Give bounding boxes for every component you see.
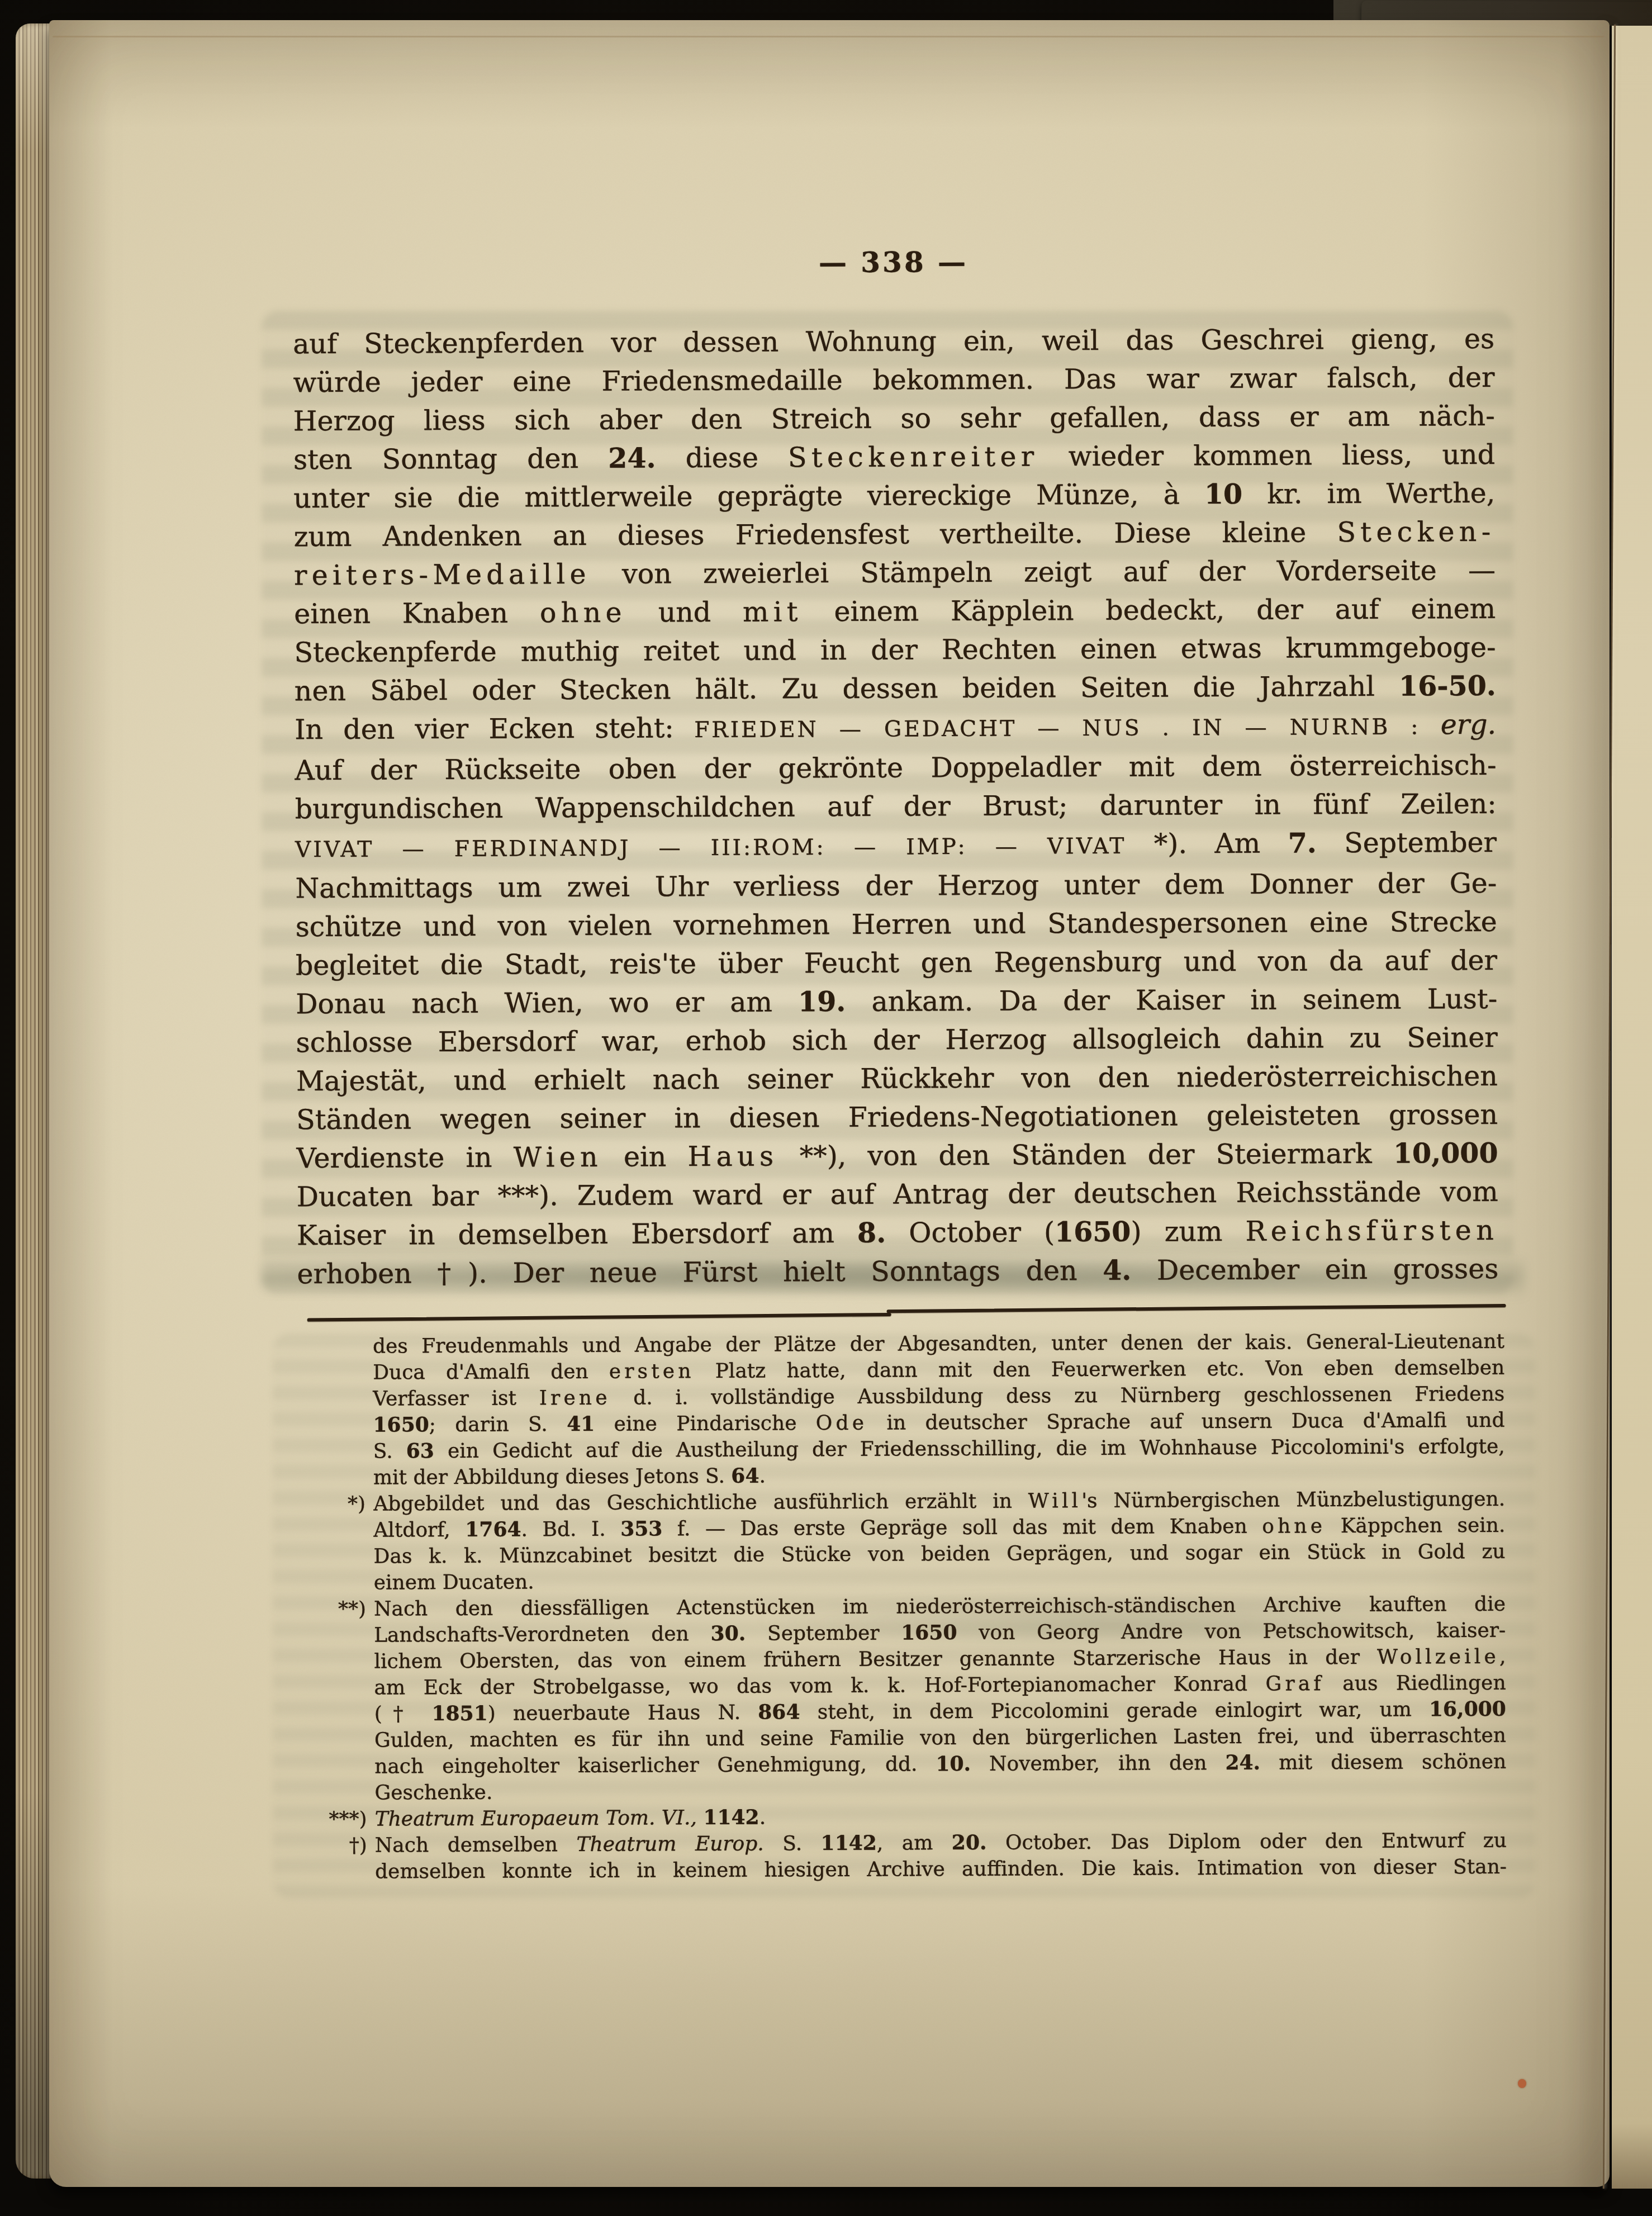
body-text-line: Ständen wegen seiner in diesen Friedens-… bbox=[296, 1095, 1498, 1139]
footnote-marker bbox=[286, 1386, 373, 1413]
footnote-marker bbox=[288, 1701, 374, 1728]
body-text-line: schütze und von vielen vornehmen Herren … bbox=[295, 903, 1497, 946]
footnotes: des Freudenmahls und Angabe der Plätze d… bbox=[286, 1328, 1507, 1886]
book-photo-background: — 338 — auf Steckenpferden vor dessen Wo… bbox=[0, 0, 1652, 2216]
footnote-marker bbox=[287, 1439, 373, 1465]
paper-speck bbox=[1518, 2079, 1526, 2088]
body-text-line: Nachmittags um zwei Uhr verliess der Her… bbox=[295, 864, 1497, 908]
footnote-marker bbox=[286, 1334, 373, 1360]
footnote-marker: †) bbox=[288, 1833, 375, 1859]
footnote-divider-right bbox=[887, 1304, 1506, 1313]
footnote-marker: **) bbox=[287, 1596, 374, 1623]
body-text-line: nen Säbel oder Stecken hält. Zu dessen b… bbox=[295, 667, 1496, 710]
body-text-line: einen Knaben ohne und mit einem Käpplein… bbox=[294, 590, 1496, 633]
footnote-marker bbox=[286, 1412, 373, 1439]
next-page-edge bbox=[1612, 26, 1652, 2189]
footnote-line: demselben konnte ich in keinem hiesigen … bbox=[288, 1854, 1507, 1886]
body-text-line: unter sie die mittlerweile geprägte vier… bbox=[293, 474, 1495, 518]
body-text-line: Kaiser in demselben Ebersdorf am 8. Octo… bbox=[297, 1211, 1498, 1255]
footnote-marker bbox=[288, 1754, 374, 1781]
page-content: — 338 — auf Steckenpferden vor dessen Wo… bbox=[45, 17, 1615, 2190]
body-text-line: Herzog liess sich aber den Streich so se… bbox=[293, 397, 1495, 440]
body-text-line: würde jeder eine Friedensmedaille bekomm… bbox=[293, 358, 1494, 402]
body-text-line: Auf der Rückseite oben der gekrönte Dopp… bbox=[295, 746, 1496, 790]
footnote-marker bbox=[287, 1517, 373, 1544]
body-text-line: sten Sonntag den 24. diese Steckenreiter… bbox=[293, 435, 1495, 479]
footnote-marker bbox=[287, 1465, 373, 1492]
book-page: — 338 — auf Steckenpferden vor dessen Wo… bbox=[49, 20, 1610, 2187]
body-text-line: In den vier Ecken steht: FRIEDEN — GEDAC… bbox=[295, 705, 1496, 751]
page-number: — 338 — bbox=[292, 243, 1494, 281]
body-text-line: Majestät, und erhielt nach seiner Rückke… bbox=[296, 1057, 1498, 1100]
body-text-line: auf Steckenpferden vor dessen Wohnung ei… bbox=[293, 320, 1494, 363]
footnote-marker bbox=[287, 1570, 374, 1597]
footnote-marker bbox=[287, 1675, 374, 1702]
footnote-marker bbox=[287, 1622, 374, 1649]
footnote-divider-left bbox=[307, 1313, 891, 1322]
footnote-text: demselben konnte ich in keinem hiesigen … bbox=[375, 1854, 1507, 1885]
footnote-marker bbox=[288, 1728, 374, 1754]
body-text: auf Steckenpferden vor dessen Wohnung ei… bbox=[293, 320, 1499, 1293]
footnote-marker bbox=[288, 1780, 374, 1807]
body-text-line: erhoben †). Der neue Fürst hielt Sonntag… bbox=[297, 1250, 1498, 1293]
body-text-line: schlosse Ebersdorf war, erhob sich der H… bbox=[296, 1018, 1497, 1062]
body-text-line: zum Andenken an dieses Friedensfest vert… bbox=[293, 513, 1495, 556]
footnote-marker bbox=[287, 1649, 374, 1676]
body-text-line: burgundischen Wappenschildchen auf der B… bbox=[295, 785, 1497, 828]
footnote-marker bbox=[286, 1360, 373, 1387]
body-text-line: VIVAT — FERDINANDJ — III:ROM: — IMP: — V… bbox=[295, 823, 1497, 869]
body-text-line: Verdienste in Wien ein Haus **), von den… bbox=[296, 1134, 1498, 1178]
body-text-line: Steckenpferde muthig reitet und in der R… bbox=[294, 628, 1496, 672]
footnote-marker bbox=[287, 1544, 373, 1570]
body-text-line: begleitet die Stadt, reis'te über Feucht… bbox=[296, 941, 1497, 985]
body-text-line: reiters-Medaille von zweierlei Stämpeln … bbox=[294, 551, 1496, 595]
footnote-marker: *) bbox=[287, 1491, 373, 1518]
footnote-marker bbox=[288, 1859, 375, 1886]
body-text-line: Donau nach Wien, wo er am 19. ankam. Da … bbox=[296, 980, 1497, 1023]
footnote-marker: ***) bbox=[288, 1806, 374, 1833]
body-text-line: Ducaten bar ***). Zudem ward er auf Antr… bbox=[297, 1173, 1498, 1216]
